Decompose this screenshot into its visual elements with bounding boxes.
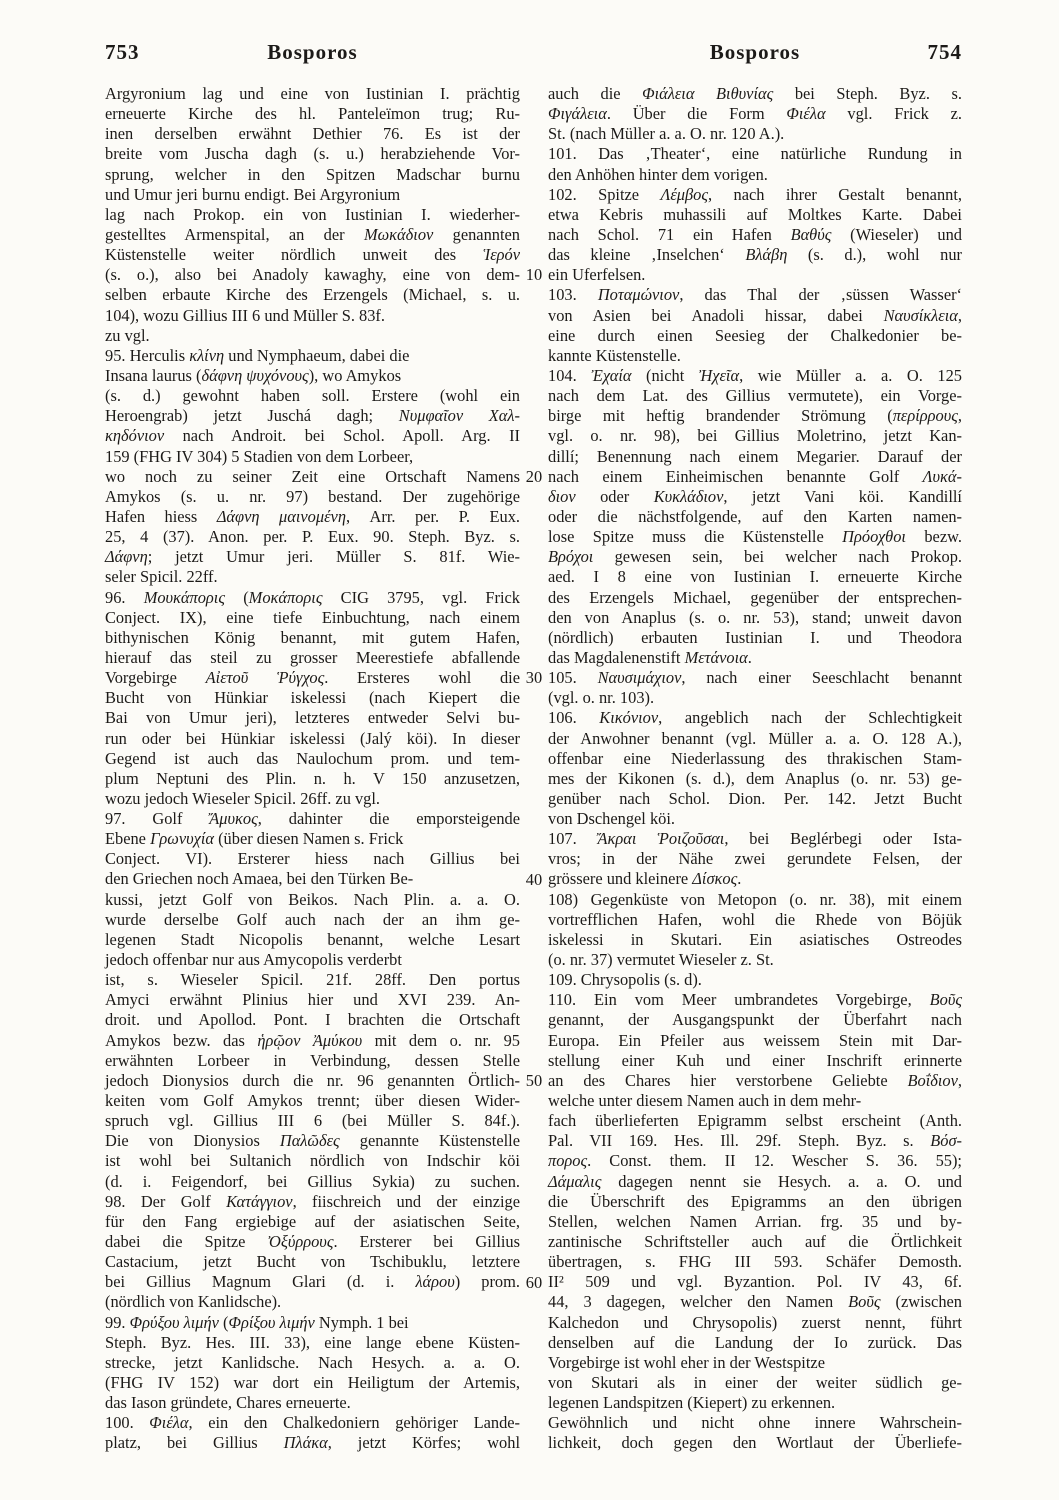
text-line: oder die nächstfolgende, auf den Karten … <box>548 507 962 527</box>
text-line: 98. Der Golf Κατάγγιον, fiischreich und … <box>105 1192 520 1212</box>
text-line: (s. o.), also bei Anadoly kawaghy, eine … <box>105 265 520 285</box>
text-line: 99. Φρύξου λιμήν (Φρίξου λιμήν Nymph. 1 … <box>105 1313 520 1333</box>
text-line: nach Schol. 71 ein Hafen Βαθύς (Wieseler… <box>548 225 962 245</box>
text-line: wozu jedoch Wieseler Spicil. 26ff. zu vg… <box>105 789 520 809</box>
text-line: Stellen, welchen Namen Arrian. frg. 35 u… <box>548 1212 962 1232</box>
text-line: Kalchedon und Chrysopolis) zuerst nennt,… <box>548 1313 962 1333</box>
text-line: etwa Kebris muhassili auf Moltkes Karte.… <box>548 205 962 225</box>
text-line: droit. und Apollod. Pont. I brachten die… <box>105 1010 520 1030</box>
text-line: Amyci erwähnt Plinius hier und XVI 239. … <box>105 990 520 1010</box>
page-header: 753 Bosporos Bosporos 754 <box>0 40 1059 70</box>
text-line: Vorgebirge ist wohl eher in der Westspit… <box>548 1353 962 1373</box>
text-line: (o. nr. 37) vermutet Wieseler z. St. <box>548 950 962 970</box>
text-line: Die von Dionysios Παλῶδες genannte Küste… <box>105 1131 520 1151</box>
gutter-line-number: 20 <box>520 467 548 487</box>
right-text-column: auch die Φιάλεια Βιθυνίας bei Steph. Byz… <box>548 84 962 1454</box>
text-line: 104. Ἐχαία (nicht Ἠχεῖα, wie Müller a. a… <box>548 366 962 386</box>
text-line: inen derselben erwähnt Dethier 76. Es is… <box>105 124 520 144</box>
text-line: vgl. o. nr. 98), bei Gillius Moletrino, … <box>548 426 962 446</box>
text-line: hierauf das steil zu grosser Meerestiefe… <box>105 648 520 668</box>
text-line: 104), wozu Gillius III 6 und Müller S. 8… <box>105 306 520 326</box>
text-line: strecke, jetzt Kanlidsche. Nach Hesych. … <box>105 1353 520 1373</box>
text-line: 96. Μουκάπορις (Μοκάπορις CIG 3795, vgl.… <box>105 588 520 608</box>
text-line: Argyronium lag und eine von Iustinian I.… <box>105 84 520 104</box>
text-line: und Umur jeri burnu endigt. Bei Argyroni… <box>105 185 520 205</box>
text-line: Gewöhnlich und nicht ohne innere Wahrsch… <box>548 1413 962 1433</box>
text-line: Φιγάλεια. Über die Form Φιέλα vgl. Frick… <box>548 104 962 124</box>
text-line: Bucht von Hünkiar iskelessi (nach Kieper… <box>105 688 520 708</box>
text-line: spruch vgl. Gillius III 6 (bei Müller S.… <box>105 1111 520 1131</box>
left-text-column: Argyronium lag und eine von Iustinian I.… <box>105 84 520 1454</box>
text-line: (FHG IV 152) war dort ein Heiligtum der … <box>105 1373 520 1393</box>
text-line: die Überschrift des Epigramms an den übr… <box>548 1192 962 1212</box>
text-line: birge mit heftig brandender Strömung (πε… <box>548 406 962 426</box>
text-line: das kleine ‚Inselchen‘ Βλάβη (s. d.), wo… <box>548 245 962 265</box>
text-line: 102. Spitze Λέμβος, nach ihrer Gestalt b… <box>548 185 962 205</box>
text-line: κηδόνιον nach Androit. bei Schol. Apoll.… <box>105 426 520 446</box>
text-line: Europa. Ein Pfeiler aus weissem Stein mi… <box>548 1031 962 1051</box>
text-line: stellung einer Kuh und einer Inschrift e… <box>548 1051 962 1071</box>
lexicon-page: 753 Bosporos Bosporos 754 Argyronium lag… <box>0 0 1059 1500</box>
text-line: 105. Ναυσιμάχιον, nach einer Seeschlacht… <box>548 668 962 688</box>
text-line: dillí; Benennung nach einem Megarier. Da… <box>548 447 962 467</box>
text-line: kannte Küstenstelle. <box>548 346 962 366</box>
text-line: genüber nach Schol. Dion. Per. 142. Jetz… <box>548 789 962 809</box>
gutter-line-number: 40 <box>520 870 548 890</box>
text-line: platz, bei Gillius Πλάκα, jetzt Körfes; … <box>105 1433 520 1453</box>
text-line: nach einem Einheimischen benannte Golf Λ… <box>548 467 962 487</box>
text-line: erneuerte Kirche des hl. Panteleïmon tru… <box>105 104 520 124</box>
text-line: (d. i. Feigendorf, bei Gillius Sykia) zu… <box>105 1172 520 1192</box>
text-line: den von Anaplus (s. o. nr. 53), stand; u… <box>548 608 962 628</box>
text-line: Βρόχοι gewesen sein, bei welcher nach Pr… <box>548 547 962 567</box>
text-line: dabei die Spitze Ὀξύρρους. Ersterer bei … <box>105 1232 520 1252</box>
text-line: kussi, jetzt Golf von Beikos. Nach Plin.… <box>105 890 520 910</box>
text-line: (vgl. o. nr. 103). <box>548 688 962 708</box>
text-line: Amykos (s. u. nr. 97) bestand. Der zugeh… <box>105 487 520 507</box>
gutter-line-number: 30 <box>520 668 548 688</box>
text-line: 44, 3 dagegen, welcher den Namen Βοῦς (z… <box>548 1292 962 1312</box>
text-line: aed. I 8 eine von Iustinian I. erneuerte… <box>548 567 962 587</box>
text-line: 106. Κικόνιον, angeblich nach der Schlec… <box>548 708 962 728</box>
text-line: St. (nach Müller a. a. O. nr. 120 A.). <box>548 124 962 144</box>
text-line: Ebene Γρωνυχία (über diesen Namen s. Fri… <box>105 829 520 849</box>
text-line: von Asien bei Anadoli hissar, dabei Ναυσ… <box>548 306 962 326</box>
text-line: von Skutari als in einer der weiter südl… <box>548 1373 962 1393</box>
text-line: 110. Ein vom Meer umbrandetes Vorgebirge… <box>548 990 962 1010</box>
text-line: ist wohl bei Sultanich nördlich von Inds… <box>105 1151 520 1171</box>
text-line: Amykos bezw. das ἡρῷον Ἀμύκου mit dem o.… <box>105 1031 520 1051</box>
text-line: II² 509 und vgl. Byzantion. Pol. IV 43, … <box>548 1272 962 1292</box>
text-line: breite vom Juscha dagh (s. u.) herabzieh… <box>105 144 520 164</box>
text-line: Steph. Byz. Hes. III. 33), eine lange eb… <box>105 1333 520 1353</box>
text-line: (nördlich) erbauten Iustinian I. und The… <box>548 628 962 648</box>
text-line: vortrefflichen Hafen, wohl die Rhede von… <box>548 910 962 930</box>
text-line: den Griechen noch Amaea, bei den Türken … <box>105 869 520 889</box>
text-line: übertragen, s. FHG III 593. Schäfer Demo… <box>548 1252 962 1272</box>
text-line: Pal. VII 169. Hes. Ill. 29f. Steph. Byz.… <box>548 1131 962 1151</box>
text-line: gestelltes Armenspital, an der Μωκάδιον … <box>105 225 520 245</box>
text-line: denselben auf die Landung der Io zurück.… <box>548 1333 962 1353</box>
text-line: Δάφνη; jetzt Umur jeri. Müller S. 81f. W… <box>105 547 520 567</box>
text-line: zu vgl. <box>105 326 520 346</box>
text-line: run oder bei Hünkiar iskelessi (Jalý köi… <box>105 729 520 749</box>
text-line: seler Spicil. 22ff. <box>105 567 520 587</box>
text-line: 103. Ποταμώνιον, das Thal der ‚süssen Wa… <box>548 285 962 305</box>
text-line: den Anhöhen hinter dem vorigen. <box>548 165 962 185</box>
text-line: lag nach Prokop. ein von Iustinian I. wi… <box>105 205 520 225</box>
text-line: lichkeit, doch gegen den Wortlaut der Üb… <box>548 1433 962 1453</box>
text-line: 97. Golf Ἄμυκος, dahinter die emporsteig… <box>105 809 520 829</box>
text-line: (s. d.) gewohnt haben soll. Erstere (woh… <box>105 386 520 406</box>
text-line: πορος. Const. them. II 12. Wescher S. 36… <box>548 1151 962 1171</box>
gutter-line-number: 60 <box>520 1273 548 1293</box>
text-line: jedoch offenbar nur aus Amycopolis verde… <box>105 950 520 970</box>
text-line: 101. Das ‚Theater‘, eine natürliche Rund… <box>548 144 962 164</box>
text-line: 100. Φιέλα, ein den Chalkedoniern gehöri… <box>105 1413 520 1433</box>
text-line: Vorgebirge Αἰετοῦ Ῥύγχος. Ersteres wohl … <box>105 668 520 688</box>
text-line: keiten vom Golf Amykos trennt; über dies… <box>105 1091 520 1111</box>
text-line: (nördlich von Kanlidsche). <box>105 1292 520 1312</box>
text-line: wurde derselbe Golf auch nach der an ihm… <box>105 910 520 930</box>
text-line: bithynischen König benannt, mit gutem Ha… <box>105 628 520 648</box>
text-line: das Iason gründete, Chares erneuerte. <box>105 1393 520 1413</box>
text-line: 109. Chrysopolis (s. d). <box>548 970 962 990</box>
text-line: das Magdalenenstift Μετάνοια. <box>548 648 962 668</box>
text-line: Δάμαλις dagegen nennt sie Hesych. a. a. … <box>548 1172 962 1192</box>
text-line: διον oder Κυκλάδιον, jetzt Vani köi. Kan… <box>548 487 962 507</box>
text-line: mes der Kikonen (s. d.), dem Anaplus (o.… <box>548 769 962 789</box>
gutter-line-number: 50 <box>520 1071 548 1091</box>
text-line: grössere und kleinere Δίσκος. <box>548 869 962 889</box>
text-line: nach dem Lat. des Gillius vermutete), ei… <box>548 386 962 406</box>
text-line: erwähnten Lorbeer in Verbindung, dessen … <box>105 1051 520 1071</box>
text-line: für den Fang ergiebige auf der asiatisch… <box>105 1212 520 1232</box>
text-columns: Argyronium lag und eine von Iustinian I.… <box>105 84 962 1456</box>
text-line: ist, s. Wieseler Spicil. 21f. 28ff. Den … <box>105 970 520 990</box>
text-line: genannt, der Ausgangspunkt der Überfahrt… <box>548 1010 962 1030</box>
text-line: vros; in der Nähe zwei gerundete Felsen,… <box>548 849 962 869</box>
text-line: wo noch zu seiner Zeit eine Ortschaft Na… <box>105 467 520 487</box>
text-line: 95. Herculis κλίνη und Nymphaeum, dabei … <box>105 346 520 366</box>
text-line: legenen Landspitzen (Kiepert) zu erkenne… <box>548 1393 962 1413</box>
text-line: Insana laurus (δάφνη ψυχόνους), wo Amyko… <box>105 366 520 386</box>
text-line: iskelessi in Skutari. Ein asiatisches Os… <box>548 930 962 950</box>
text-line: 159 (FHG IV 304) 5 Stadien von dem Lorbe… <box>105 447 520 467</box>
text-line: plum Neptuni des Plin. n. h. V 150 anzus… <box>105 769 520 789</box>
text-line: offenbar eine Niederlassung des thrakisc… <box>548 749 962 769</box>
text-line: an des Chares hier verstorbene Geliebte … <box>548 1071 962 1091</box>
text-line: sprung, welcher in den Spitzen Madschar … <box>105 165 520 185</box>
text-line: der Anwohner benannt (vgl. Müller a. a. … <box>548 729 962 749</box>
text-line: 25, 4 (37). Anon. per. P. Eux. 90. Steph… <box>105 527 520 547</box>
running-title-left: Bosporos <box>105 40 520 65</box>
text-line: bei Gillius Magnum Glari (d. i. λάρου) p… <box>105 1272 520 1292</box>
text-line: Küstenstelle weiter nördlich unweit des … <box>105 245 520 265</box>
text-line: jedoch Dionysios durch die nr. 96 genann… <box>105 1071 520 1091</box>
text-line: 108) Gegenküste von Metopon (o. nr. 38),… <box>548 890 962 910</box>
text-line: auch die Φιάλεια Βιθυνίας bei Steph. Byz… <box>548 84 962 104</box>
text-line: selben erbaute Kirche des Erzengels (Mic… <box>105 285 520 305</box>
text-line: Conject. IX), eine tiefe Einbuchtung, na… <box>105 608 520 628</box>
text-line: 107. Ἄκραι Ῥοιζοῦσαι, bei Beglérbegi ode… <box>548 829 962 849</box>
text-line: Gegend ist auch das Naulochum prom. und … <box>105 749 520 769</box>
gutter-line-number: 10 <box>520 265 548 285</box>
text-line: fach überlieferten Epigramm selbst ersch… <box>548 1111 962 1131</box>
text-line: Conject. VI). Ersterer hiess nach Gilliu… <box>105 849 520 869</box>
page-number-right: 754 <box>548 40 962 65</box>
text-line: welche unter diesem Namen auch in dem me… <box>548 1091 962 1111</box>
text-line: ein Uferfelsen. <box>548 265 962 285</box>
text-line: Castacium, jetzt Bucht von Tschibuklu, l… <box>105 1252 520 1272</box>
text-line: legenen Stadt Nicopolis benannt, welche … <box>105 930 520 950</box>
text-line: des Erzengels Michael, gegenüber der ent… <box>548 588 962 608</box>
text-line: Heroengrab) jetzt Juschá dagh; Νυμφαῖον … <box>105 406 520 426</box>
text-line: Bai von Umur jeri), letzteres entweder S… <box>105 708 520 728</box>
text-line: lose Spitze muss die Küstenstelle Πρόοχθ… <box>548 527 962 547</box>
text-line: eine durch einen Seesieg der Chalkedonie… <box>548 326 962 346</box>
text-line: von Dschengel köi. <box>548 809 962 829</box>
text-line: zantinische Schriftsteller auch auf die … <box>548 1232 962 1252</box>
text-line: Hafen hiess Δάφνη μαινομένη, Arr. per. P… <box>105 507 520 527</box>
